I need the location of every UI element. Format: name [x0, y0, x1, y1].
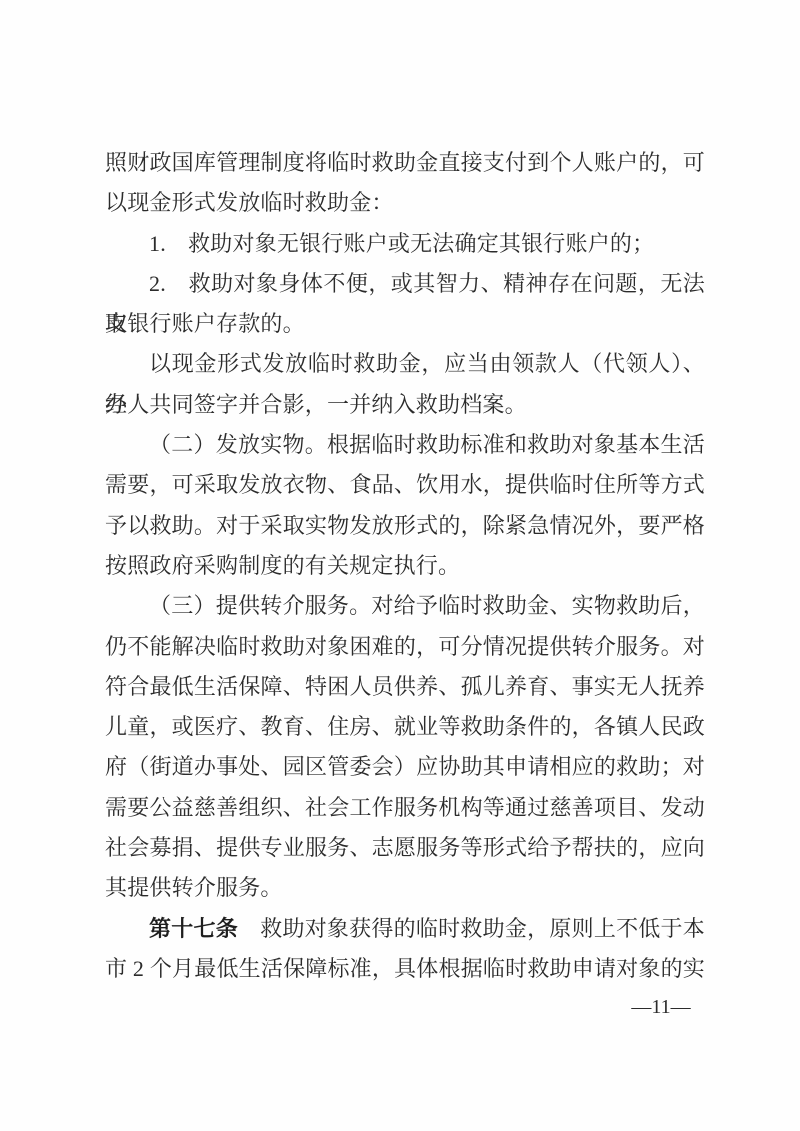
text-line-12: （三）提供转介服务。对给予临时救助金、实物救助后，	[105, 586, 705, 626]
text-line-1: 照财政国库管理制度将临时救助金直接支付到个人账户的，可	[105, 143, 705, 183]
text-line-21: 市 2 个月最低生活保障标准，具体根据临时救助申请对象的实	[105, 949, 705, 989]
text-line-6: 以现金形式发放临时救助金，应当由领款人（代领人）、经	[105, 344, 705, 384]
article-number-label: 第十七条	[149, 916, 238, 941]
text-line-18: 社会募捐、提供专业服务、志愿服务等形式给予帮扶的，应向	[105, 828, 705, 868]
text-line-20: 第十七条 救助对象获得的临时救助金，原则上不低于本	[105, 909, 705, 949]
text-line-15: 儿童，或医疗、教育、住房、就业等救助条件的，各镇人民政	[105, 707, 705, 747]
text-line-3: 1. 救助对象无银行账户或无法确定其银行账户的；	[105, 224, 705, 264]
text-line-11: 按照政府采购制度的有关规定执行。	[105, 546, 705, 586]
text-line-17: 需要公益慈善组织、社会工作服务机构等通过慈善项目、发动	[105, 788, 705, 828]
body-text: 照财政国库管理制度将临时救助金直接支付到个人账户的，可以现金形式发放临时救助金：…	[105, 143, 705, 989]
text-line-9: 需要，可采取发放衣物、食品、饮用水，提供临时住所等方式	[105, 465, 705, 505]
text-line-19: 其提供转介服务。	[105, 868, 705, 908]
text-line-8: （二）发放实物。根据临时救助标准和救助对象基本生活	[105, 425, 705, 465]
text-line-16: 府（街道办事处、园区管委会）应协助其申请相应的救助；对	[105, 747, 705, 787]
text-line-4: 2. 救助对象身体不便，或其智力、精神存在问题，无法支	[105, 264, 705, 304]
text-line-13: 仍不能解决临时救助对象困难的，可分情况提供转介服务。对	[105, 627, 705, 667]
text-line-14: 符合最低生活保障、特困人员供养、孤儿养育、事实无人抚养	[105, 667, 705, 707]
text-line-2: 以现金形式发放临时救助金：	[105, 183, 705, 223]
document-page: 照财政国库管理制度将临时救助金直接支付到个人账户的，可以现金形式发放临时救助金：…	[0, 0, 800, 1131]
text-line-5: 取银行账户存款的。	[105, 304, 705, 344]
text-line-7: 办人共同签字并合影，一并纳入救助档案。	[105, 385, 705, 425]
page-number: —11—	[618, 992, 704, 1022]
text-line-10: 予以救助。对于采取实物发放形式的，除紧急情况外，要严格	[105, 506, 705, 546]
